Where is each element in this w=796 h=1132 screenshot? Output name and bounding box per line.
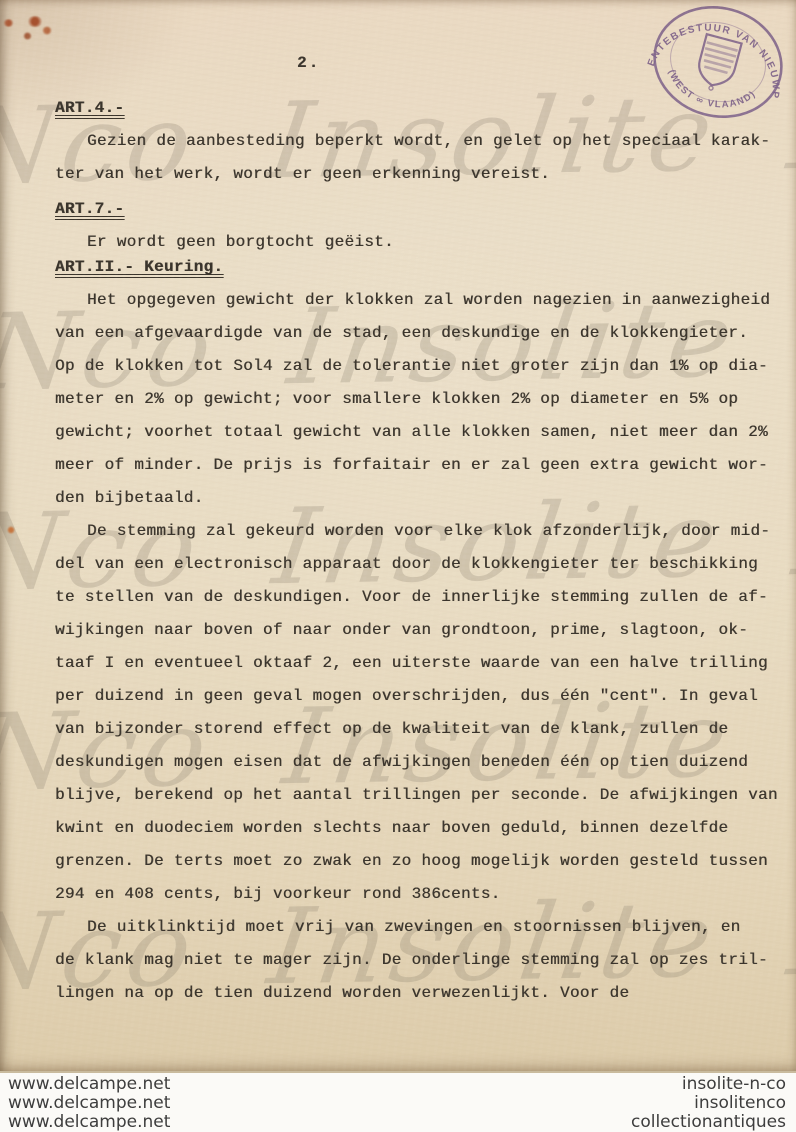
typed-line: lingen na op de tien duizend worden verw… [55,977,780,1010]
typed-line: Het opgegeven gewicht der klokken zal wo… [55,284,780,317]
stamp-shield [693,34,741,95]
typed-line: van bijzonder storend effect op de kwali… [55,713,780,746]
footer-link: www.delcampe.net [8,1075,170,1094]
ink-stain [27,16,43,27]
document-page: Nco Insolite Nco Insol Nco Insolite Nco … [0,0,796,1071]
typed-line: grenzen. De terts moet zo zwak en zo hoo… [55,845,780,878]
footer-credit: insolite-n-co [631,1075,786,1094]
typed-line: ter van het werk, wordt er geen erkennin… [55,158,780,191]
typed-line: wijkingen naar boven of naar onder van g… [55,614,780,647]
ink-stain [7,526,15,534]
typed-line: van een afgevaardigde van de stad, een d… [55,317,780,350]
typed-line: del van een electronisch apparaat door d… [55,548,780,581]
footer-credit: insolitenco [631,1094,786,1113]
footer-credit: collectionantiques [631,1113,786,1132]
page-number: 2. [297,54,320,72]
typed-line: taaf I en eventueel oktaaf 2, een uiters… [55,647,780,680]
ink-stain [3,19,14,27]
footer-link: www.delcampe.net [8,1113,170,1132]
typed-text: ART.4.-Gezien de aanbesteding beperkt wo… [55,92,780,1010]
typed-line: Gezien de aanbesteding beperkt wordt, en… [55,125,780,158]
heading-art-7: ART.7.- [55,193,780,226]
typed-line: deskundigen mogen eisen dat de afwijking… [55,746,780,779]
footer-left-column: www.delcampe.net www.delcampe.net www.de… [8,1075,170,1132]
ink-stain [23,32,32,40]
heading-art-ii-keuring: ART.II.- Keuring. [55,251,780,284]
typed-line: blijve, berekend op het aantal trillinge… [55,779,780,812]
municipal-stamp-icon: GEMEENTEBESTUUR VAN NIEUWPOORT (WEST ∞ V… [642,0,794,128]
footer-bar: www.delcampe.net www.delcampe.net www.de… [0,1071,796,1132]
typed-line: Op de klokken tot Sol4 zal de tolerantie… [55,350,780,383]
typed-line: kwint en duodeciem worden slechts naar b… [55,812,780,845]
typed-line: den bijbetaald. [55,482,780,515]
typed-line: de klank mag niet te mager zijn. De onde… [55,944,780,977]
ink-stain [42,26,52,35]
typed-line: De uitklinktijd moet vrij van zwevingen … [55,911,780,944]
typed-line: gewicht; voorhet totaal gewicht van alle… [55,416,780,449]
typed-line: te stellen van de deskundigen. Voor de i… [55,581,780,614]
footer-right-column: insolite-n-co insolitenco collectionanti… [631,1075,786,1132]
typed-line: De stemming zal gekeurd worden voor elke… [55,515,780,548]
typed-line: per duizend in geen geval mogen overschr… [55,680,780,713]
footer-link: www.delcampe.net [8,1094,170,1113]
typed-line: meer of minder. De prijs is forfaitair e… [55,449,780,482]
typed-line: meter en 2% op gewicht; voor smallere kl… [55,383,780,416]
typed-line: 294 en 408 cents, bij voorkeur rond 386c… [55,878,780,911]
